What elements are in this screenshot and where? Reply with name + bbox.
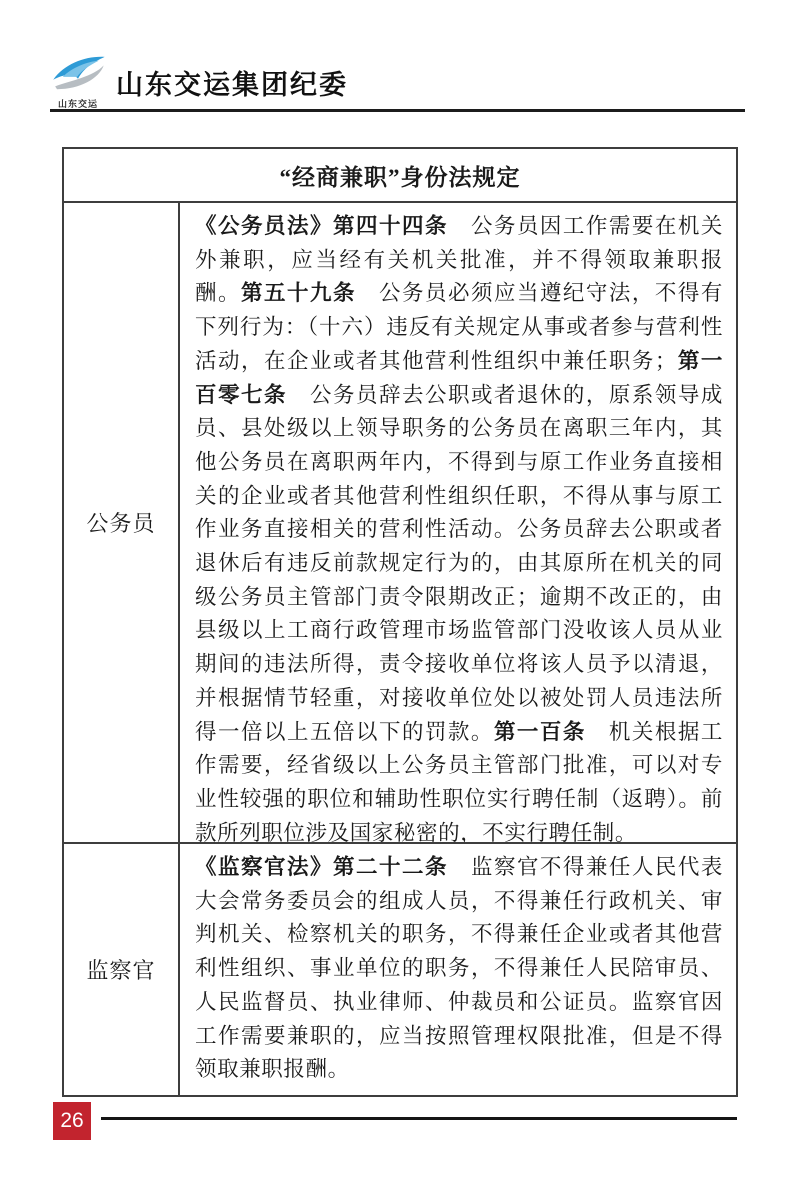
bird-logo-icon	[49, 54, 107, 94]
row-label-civil-servant: 公务员	[64, 203, 180, 842]
footer-divider	[101, 1117, 737, 1120]
company-logo: 山东交运	[48, 54, 108, 110]
header-divider	[50, 109, 745, 112]
table-row-civil-servant: 公务员 《公务员法》第四十四条 公务员因工作需要在机关外兼职，应当经有关机关批准…	[64, 203, 736, 844]
regulations-table: “经商兼职”身份法规定 公务员 《公务员法》第四十四条 公务员因工作需要在机关外…	[62, 147, 738, 1097]
table-title: “经商兼职”身份法规定	[64, 149, 736, 203]
page-title: 山东交运集团纪委	[116, 63, 348, 102]
table-row-supervisor: 监察官 《监察官法》第二十二条 监察官不得兼任人民代表大会常务委员会的组成人员，…	[64, 844, 736, 1095]
header: 山东交运 山东交运集团纪委	[48, 54, 348, 110]
row-label-supervisor: 监察官	[64, 844, 180, 1095]
page-number-badge: 26	[53, 1102, 91, 1140]
document-page: 山东交运 山东交运集团纪委 “经商兼职”身份法规定 公务员 《公务员法》第四十四…	[0, 0, 800, 1204]
row-content-supervisor: 《监察官法》第二十二条 监察官不得兼任人民代表大会常务委员会的组成人员，不得兼任…	[180, 844, 736, 1095]
row-content-civil-servant: 《公务员法》第四十四条 公务员因工作需要在机关外兼职，应当经有关机关批准，并不得…	[180, 203, 736, 842]
